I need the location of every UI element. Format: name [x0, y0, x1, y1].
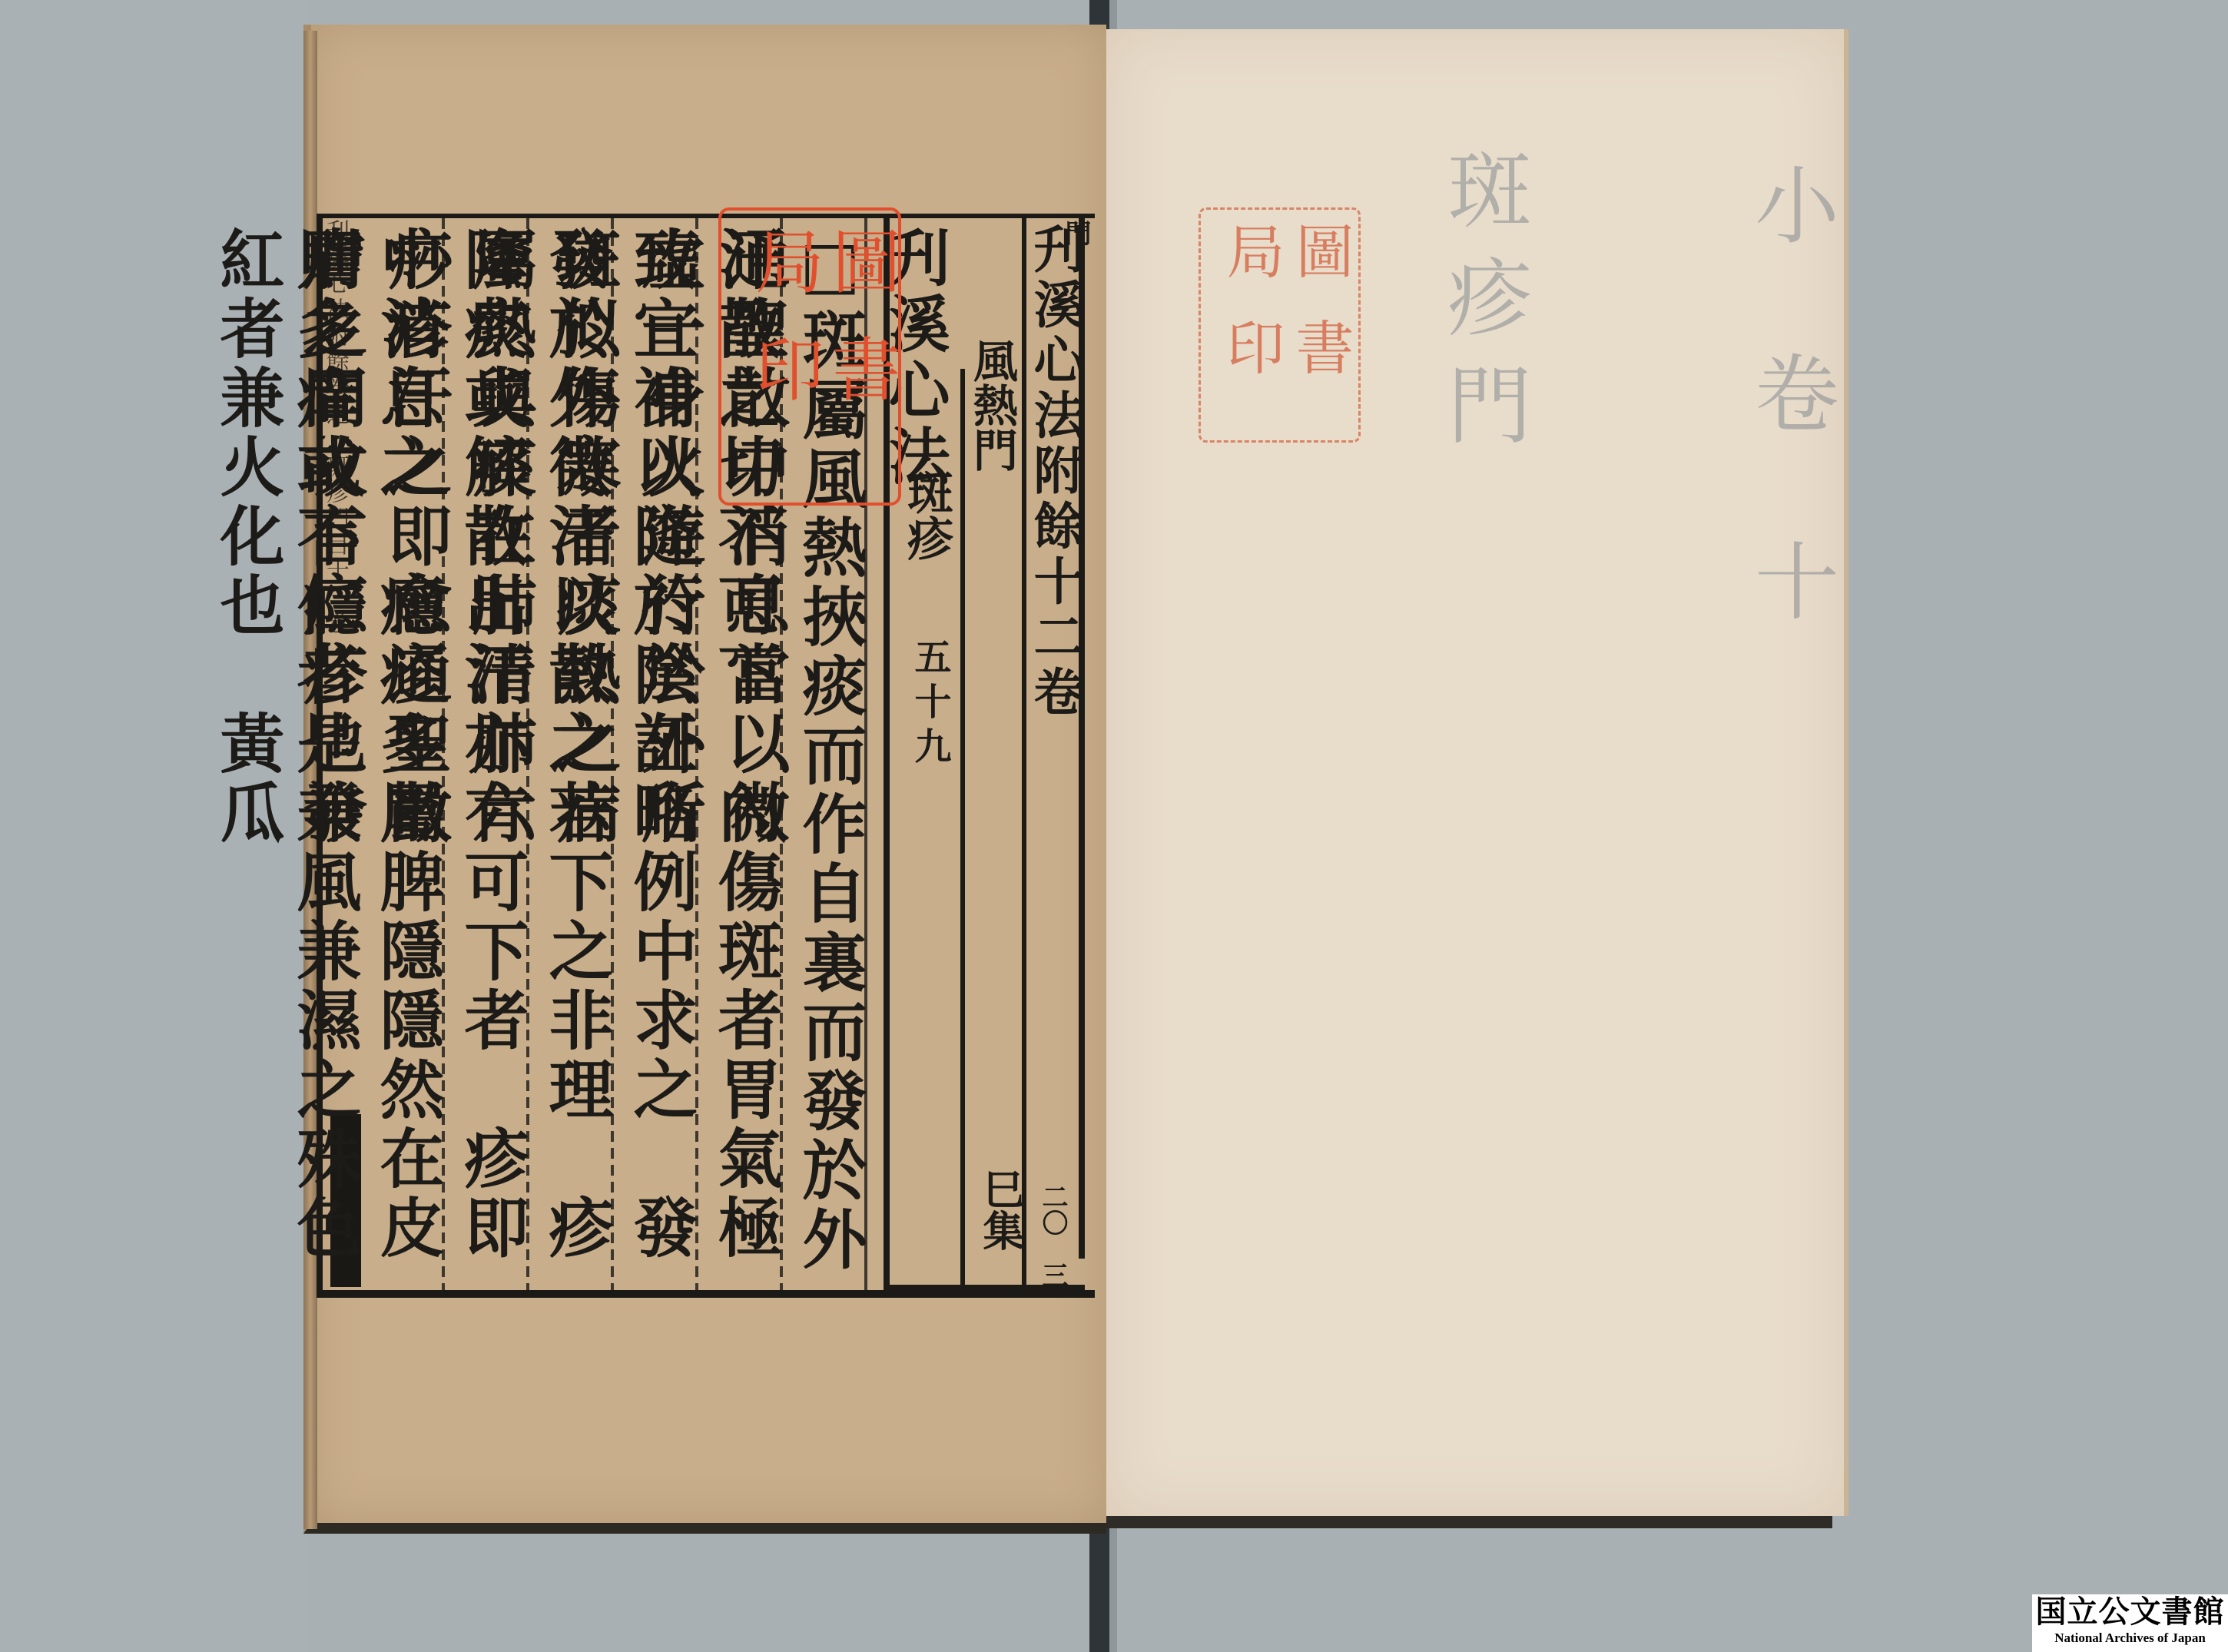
show-through-text-2: 小 卷 十	[1744, 161, 1836, 661]
seal-char: 局	[737, 226, 829, 295]
right-page-bottom-shadow	[1106, 1516, 1832, 1528]
text-column-4: 發於外微汗以散之若下之非理 疹屬熱與痰在肺清肺六	[530, 218, 615, 1290]
seal-char: 印	[1208, 317, 1293, 376]
logo-english: National Archives of Japan	[2032, 1630, 2228, 1647]
seal-char: 印	[737, 333, 829, 403]
section-label: 斑疹	[896, 469, 957, 561]
red-library-seal: 圖 書 局 印	[718, 207, 901, 506]
faint-offset-seal: 圖 書 局 印	[1199, 207, 1361, 443]
collection-label: 巳集	[976, 1168, 1026, 1251]
text-column-5: 降痰或解散出汗亦有可下者 疹即痧疹汗之即愈通聖散	[446, 218, 530, 1290]
text-column-6: 中消息之 癮疹多屬脾隱隱然在皮膚之間故言癮疹也發	[361, 218, 446, 1290]
hanshin-top-rule	[884, 214, 1091, 218]
hanshin-inner-rule	[960, 369, 965, 1291]
text-column-7: 則多痒或不仁者是兼風兼濕之殊色紅者兼火化也 黃瓜	[278, 218, 363, 1290]
footer-marks: 二〇 三	[1037, 1183, 1068, 1288]
page-number: 五十九	[907, 638, 953, 771]
top-marker: 門	[1062, 220, 1089, 246]
category-label: 風熱門	[965, 338, 1019, 472]
seal-char: 局	[1208, 221, 1293, 280]
logo-japanese: 国立公文書館	[2032, 1594, 2228, 1630]
book-title: 刋溪心法附餘十二卷	[1029, 223, 1080, 721]
center-fold-column: 刋溪心法附餘十二卷 風熱門 斑疹 五十九 巳集 二〇 三 門	[884, 207, 1091, 1291]
show-through-text: 斑疹門	[1437, 146, 1529, 469]
national-archives-logo: 国立公文書館 National Archives of Japan	[2032, 1594, 2228, 1652]
text-column-3: 致宜補以降於陰証略例中求之 發斑似傷寒者痰熱之病	[615, 218, 699, 1290]
